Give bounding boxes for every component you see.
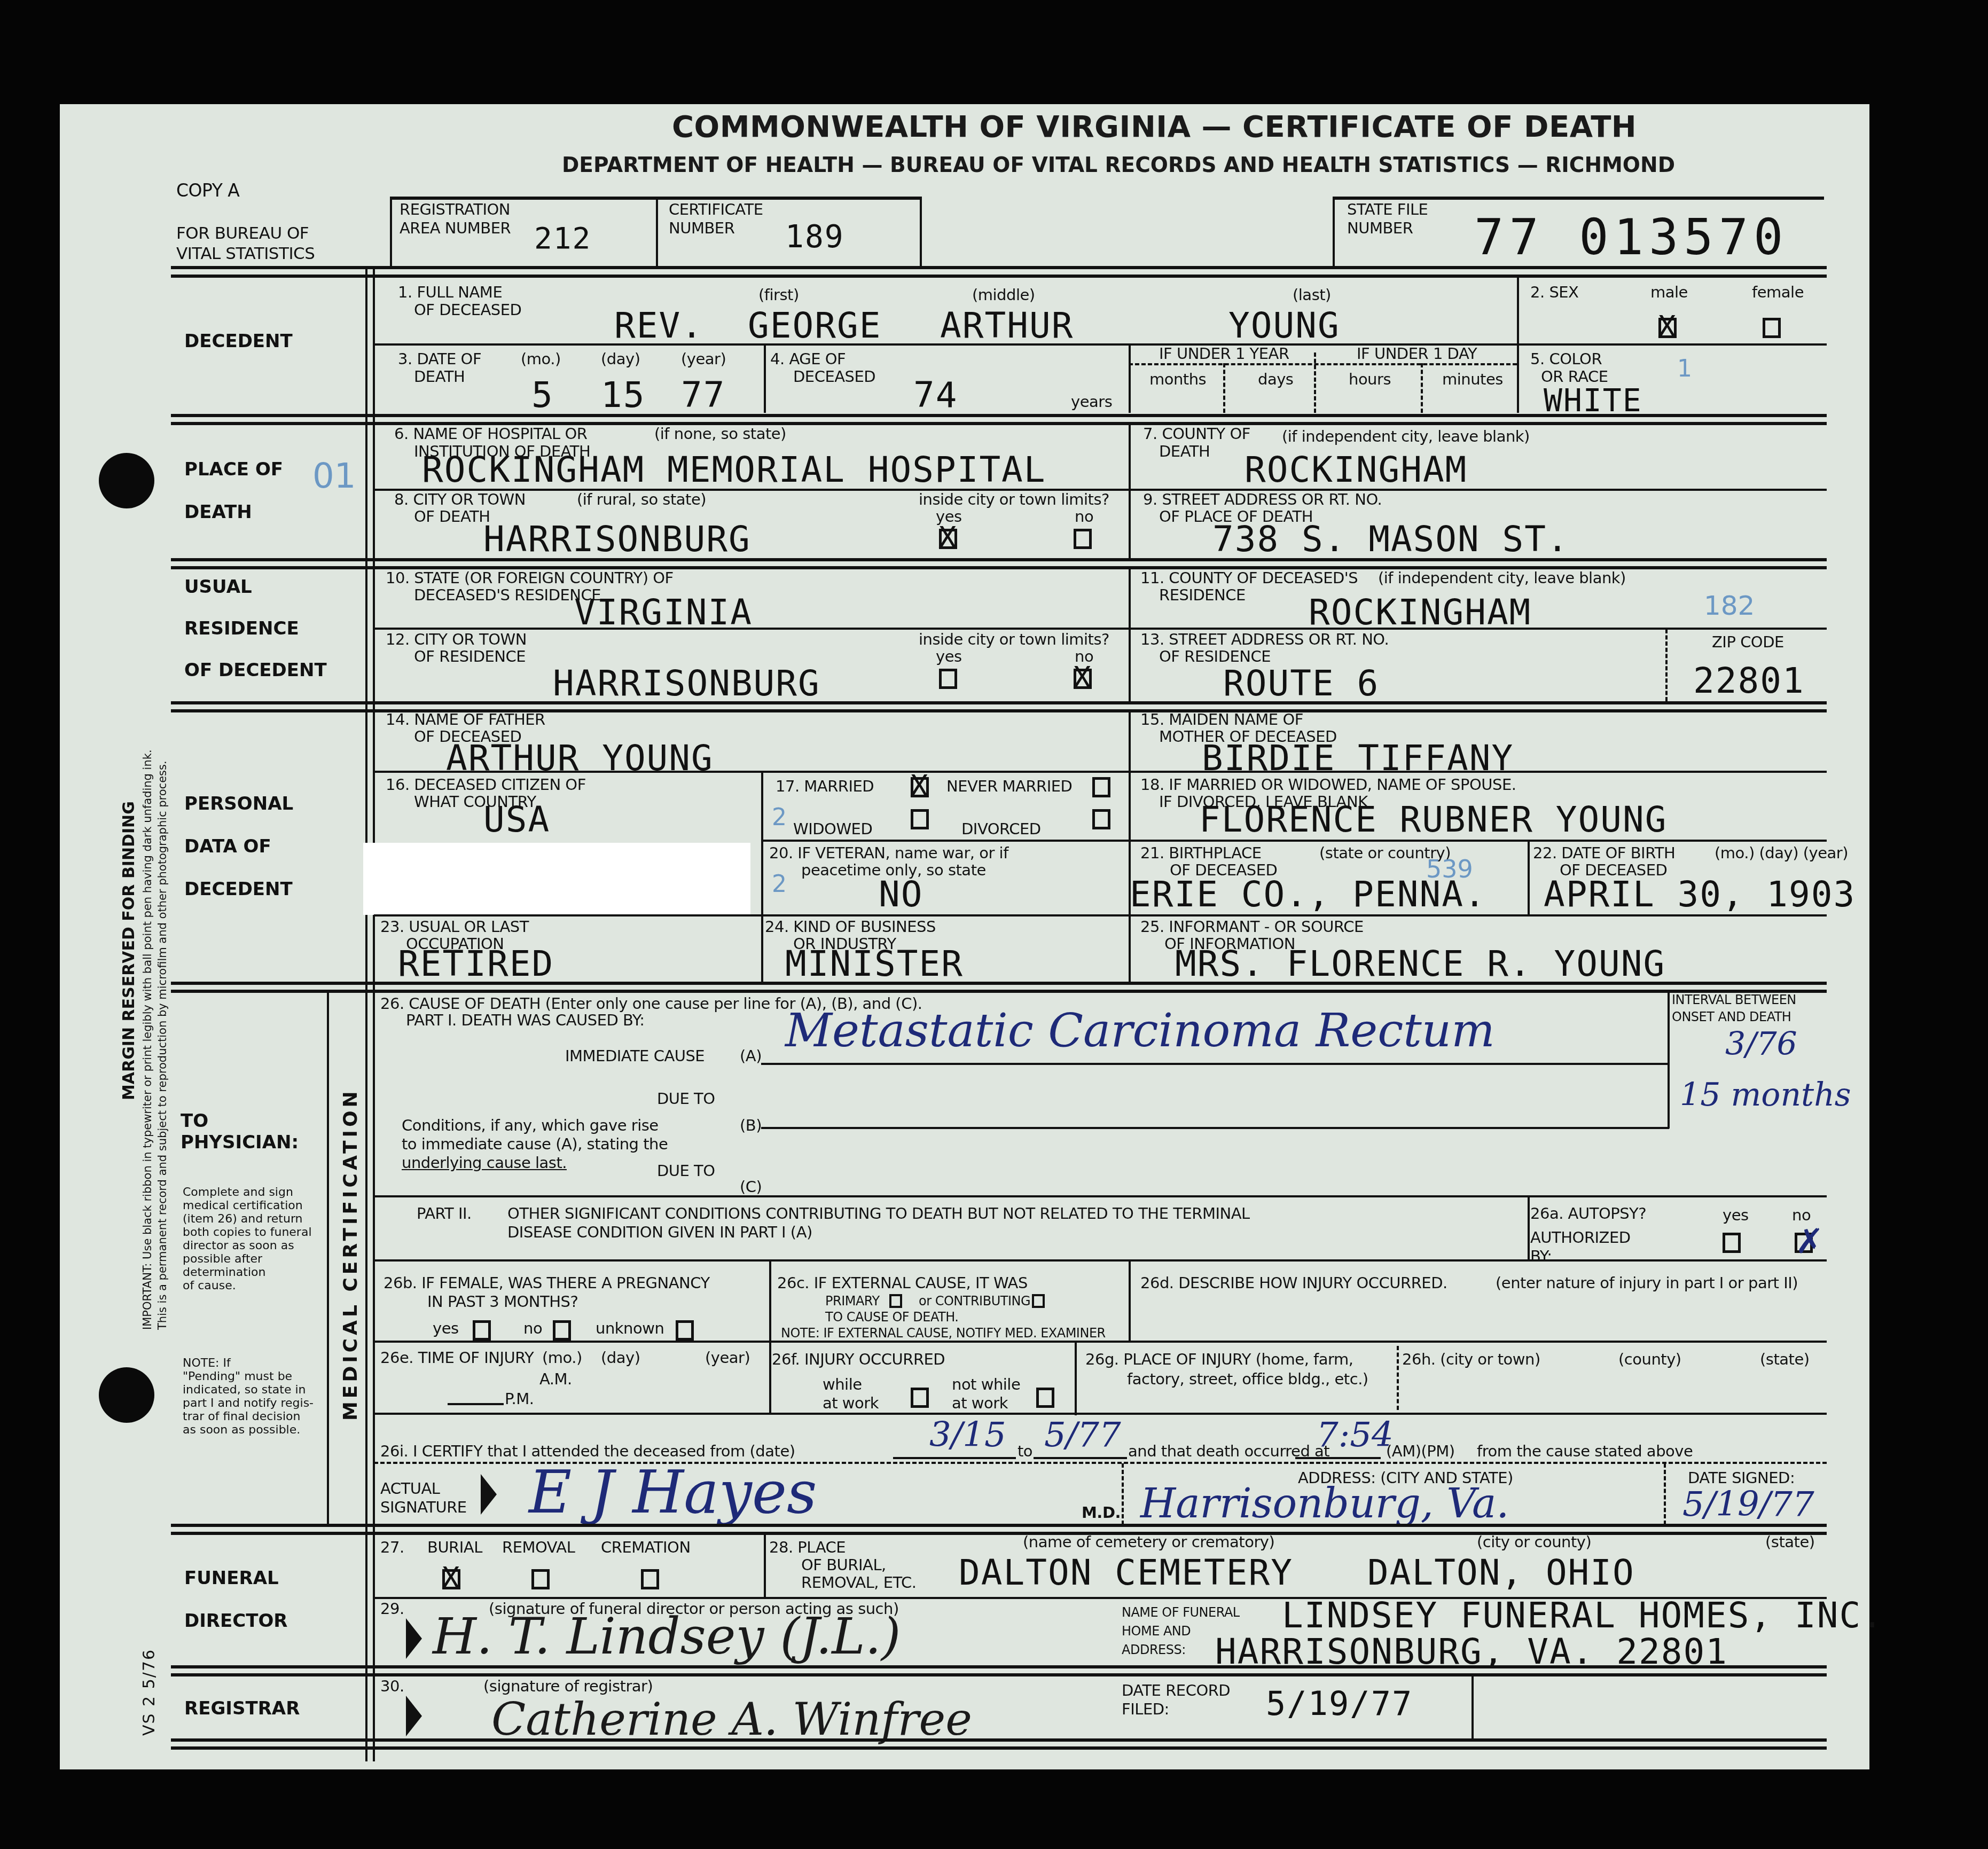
registration-area-number: 212 bbox=[534, 220, 591, 257]
cause-b-marker: (B) bbox=[740, 1116, 762, 1134]
married-label: 17. MARRIED bbox=[776, 777, 874, 795]
under-year-label: IF UNDER 1 YEAR bbox=[1159, 344, 1289, 363]
rule bbox=[448, 1403, 504, 1405]
rule bbox=[1397, 1346, 1399, 1410]
cause-a-value: Metastatic Carcinoma Rectum bbox=[785, 1004, 1495, 1057]
autopsy-yes-label: yes bbox=[1723, 1206, 1749, 1224]
rule bbox=[171, 990, 1827, 993]
rule bbox=[761, 1127, 1669, 1129]
primary-checkbox[interactable] bbox=[889, 1294, 902, 1308]
medical-certification-label: MEDICAL CERTIFICATION bbox=[340, 1088, 362, 1421]
rule bbox=[374, 914, 1827, 916]
copy-for-label: VITAL STATISTICS bbox=[176, 245, 315, 263]
field-25-label: 25. INFORMANT - OR SOURCE bbox=[1140, 918, 1364, 936]
part-2-text: OTHER SIGNIFICANT CONDITIONS CONTRIBUTIN… bbox=[507, 1204, 1250, 1223]
occupation: RETIRED bbox=[398, 945, 554, 983]
funeral-home-label: ADDRESS: bbox=[1122, 1642, 1186, 1657]
rule bbox=[374, 1413, 1827, 1415]
residence-inside-limits-no-checkbox[interactable]: X bbox=[1074, 669, 1092, 689]
section-usual-residence: RESIDENCE bbox=[184, 608, 299, 649]
rule bbox=[1472, 1673, 1474, 1740]
autopsy-label: 26a. AUTOPSY? bbox=[1530, 1204, 1646, 1223]
date-signed: 5/19/77 bbox=[1682, 1485, 1814, 1524]
field-3-label: 3. DATE OF bbox=[398, 350, 481, 368]
rule bbox=[1075, 1341, 1077, 1415]
cemetery-hint: (name of cemetery or crematory) bbox=[1023, 1533, 1274, 1551]
residence-inside-limits-yes-checkbox[interactable] bbox=[939, 669, 957, 689]
divorced-label: DIVORCED bbox=[961, 820, 1041, 838]
field-9-label: 9. STREET ADDRESS OR RT. NO. bbox=[1143, 490, 1382, 508]
field-22-hint: (mo.) (day) (year) bbox=[1715, 844, 1848, 862]
rule bbox=[1129, 422, 1131, 561]
field-26b-label: IN PAST 3 MONTHS? bbox=[427, 1292, 578, 1311]
contributing-checkbox[interactable] bbox=[1032, 1294, 1045, 1308]
certificate-number-label: CERTIFICATE bbox=[669, 200, 763, 218]
field-26e-label: 26e. TIME OF INJURY bbox=[380, 1349, 534, 1367]
section-personal: DECEDENT bbox=[184, 868, 293, 910]
important-note: IMPORTANT: Use black ribbon in typewrite… bbox=[141, 749, 154, 1330]
rule bbox=[374, 1259, 1827, 1262]
state-file-label: STATE FILE bbox=[1347, 200, 1428, 218]
part-2-label: PART II. bbox=[417, 1204, 472, 1223]
field-4-label: DECEASED bbox=[793, 367, 875, 386]
death-inside-limits-no-checkbox[interactable] bbox=[1074, 529, 1092, 549]
field-26c-label: 26c. IF EXTERNAL CAUSE, IT WAS bbox=[777, 1274, 1028, 1292]
sex-female-label: female bbox=[1752, 283, 1804, 301]
physician-signature: E J Hayes bbox=[529, 1458, 817, 1526]
primary-label: PRIMARY bbox=[825, 1294, 880, 1309]
sex-male-checkbox[interactable]: X bbox=[1658, 318, 1677, 338]
zip-code-label: ZIP CODE bbox=[1712, 633, 1784, 651]
injury-month-label: (mo.) bbox=[542, 1349, 582, 1367]
autopsy-no-checkbox[interactable]: ✗ bbox=[1795, 1233, 1813, 1253]
state-file-number: 77 013570 bbox=[1474, 211, 1789, 264]
rule bbox=[761, 1063, 1669, 1065]
pregnancy-no-checkbox[interactable] bbox=[553, 1320, 571, 1341]
punch-hole bbox=[99, 1367, 154, 1423]
rule bbox=[1333, 197, 1824, 200]
field-26h-label: 26h. (city or town) bbox=[1402, 1350, 1540, 1368]
field-27-label: 27. bbox=[380, 1538, 404, 1556]
physician-address: Harrisonburg, Va. bbox=[1140, 1479, 1509, 1527]
rule bbox=[171, 701, 1827, 704]
field-11-label: RESIDENCE bbox=[1159, 586, 1246, 604]
to-label: to bbox=[1018, 1442, 1032, 1460]
never-married-label: NEVER MARRIED bbox=[946, 777, 1072, 795]
never-married-checkbox[interactable] bbox=[1092, 777, 1110, 797]
county-of-death: ROCKINGHAM bbox=[1245, 451, 1467, 489]
due-to-label: DUE TO bbox=[657, 1162, 715, 1180]
rule bbox=[1129, 566, 1131, 702]
hours-label: hours bbox=[1349, 370, 1391, 388]
field-20-label: 20. IF VETERAN, name war, or if bbox=[769, 844, 1008, 862]
due-to-label: DUE TO bbox=[657, 1090, 715, 1108]
field-7-label: DEATH bbox=[1159, 442, 1210, 460]
field-7-label: 7. COUNTY OF bbox=[1143, 425, 1250, 443]
rule bbox=[171, 1673, 1827, 1676]
section-funeral-director: DIRECTOR bbox=[184, 1600, 288, 1642]
place-of-death-address: 738 S. MASON ST. bbox=[1212, 521, 1569, 558]
veteran-status: NO bbox=[879, 876, 923, 913]
citizenship-country: USA bbox=[483, 801, 550, 839]
rule bbox=[1129, 363, 1517, 365]
burial-city-state: DALTON, OHIO bbox=[1367, 1554, 1635, 1592]
removal-label: REMOVAL bbox=[502, 1538, 575, 1556]
rule bbox=[171, 414, 1827, 417]
rule bbox=[1223, 363, 1225, 413]
rule bbox=[171, 266, 1827, 269]
rule bbox=[171, 1524, 1827, 1527]
section-personal: PERSONAL bbox=[184, 783, 293, 825]
field-26-label: PART I. DEATH WAS CAUSED BY: bbox=[406, 1011, 645, 1029]
signature-label: ACTUAL bbox=[380, 1479, 440, 1498]
minutes-label: minutes bbox=[1442, 370, 1503, 388]
field-23-label: 23. USUAL OR LAST bbox=[380, 918, 529, 936]
registration-label: REGISTRATION bbox=[400, 200, 510, 218]
rule bbox=[390, 197, 392, 267]
immediate-cause-label: IMMEDIATE CAUSE bbox=[565, 1047, 705, 1065]
rule bbox=[764, 1532, 766, 1599]
rule bbox=[171, 1746, 1827, 1750]
under-day-label: IF UNDER 1 DAY bbox=[1357, 344, 1477, 363]
field-8-no-label: no bbox=[1075, 507, 1093, 526]
rule bbox=[1129, 914, 1131, 984]
time-of-death: 7:54 bbox=[1317, 1415, 1394, 1455]
removal-checkbox[interactable] bbox=[531, 1569, 550, 1589]
first-name-label: (first) bbox=[758, 286, 799, 304]
rule bbox=[365, 266, 367, 1761]
death-day-label: (day) bbox=[601, 350, 640, 368]
first-name: GEORGE bbox=[748, 307, 881, 344]
md-label: M.D. bbox=[1082, 1503, 1121, 1522]
attended-to-date: 5/77 bbox=[1044, 1415, 1121, 1455]
rule bbox=[1129, 1259, 1131, 1342]
rule bbox=[761, 840, 1827, 842]
deceased-full-name: REV. GEORGE ARTHUR YOUNG bbox=[614, 307, 1533, 344]
field-8-hint: (if rural, so state) bbox=[577, 490, 706, 508]
not-while-at-work-checkbox[interactable] bbox=[1036, 1388, 1054, 1408]
rule bbox=[1295, 1457, 1381, 1459]
certificate-number: 189 bbox=[785, 218, 844, 255]
permanent-record-note: This is a permanent record and subject t… bbox=[156, 761, 169, 1330]
divorced-checkbox[interactable] bbox=[1092, 809, 1110, 829]
industry: MINISTER bbox=[785, 945, 964, 983]
sex-label: 2. SEX bbox=[1530, 283, 1579, 301]
section-usual-residence: OF DECEDENT bbox=[184, 649, 327, 691]
date-filed-label: FILED: bbox=[1122, 1700, 1169, 1718]
section-place-of-death: PLACE OF bbox=[184, 449, 283, 490]
field-26g-label: factory, street, office bldg., etc.) bbox=[1127, 1370, 1368, 1388]
rule bbox=[1528, 1195, 1530, 1260]
conditions-note: Conditions, if any, which gave rise bbox=[402, 1116, 659, 1134]
pregnancy-unknown-checkbox[interactable] bbox=[676, 1320, 694, 1341]
rule bbox=[761, 771, 763, 984]
pregnancy-unknown-label: unknown bbox=[596, 1319, 664, 1337]
field-24-label: 24. KIND OF BUSINESS bbox=[765, 918, 936, 936]
sex-female-checkbox[interactable] bbox=[1763, 318, 1781, 338]
date-filed: 5/19/77 bbox=[1266, 1685, 1413, 1722]
death-inside-limits-yes-checkbox[interactable]: X bbox=[939, 529, 957, 549]
months-label: months bbox=[1149, 370, 1206, 388]
race-code: 1 bbox=[1677, 355, 1692, 382]
pending-note: NOTE: If"Pending" must beindicated, so s… bbox=[183, 1357, 314, 1437]
rule bbox=[374, 628, 1827, 630]
rule bbox=[893, 1457, 1016, 1459]
rule bbox=[1034, 1457, 1127, 1459]
interval-a-value: 3/76 bbox=[1725, 1025, 1797, 1063]
funeral-home-label: NAME OF FUNERAL bbox=[1122, 1605, 1240, 1620]
interval-label: INTERVAL BETWEEN bbox=[1672, 992, 1796, 1007]
residence-county-code: 182 bbox=[1704, 590, 1755, 621]
death-day: 15 bbox=[601, 377, 645, 414]
field-1-label: OF DECEASED bbox=[414, 301, 521, 319]
middle-name: ARTHUR bbox=[940, 307, 1074, 344]
veteran-code: 2 bbox=[772, 871, 787, 898]
date-filed-label: DATE RECORD bbox=[1122, 1681, 1230, 1699]
state-file-label: NUMBER bbox=[1347, 219, 1413, 237]
section-personal: DATA OF bbox=[184, 826, 271, 867]
widowed-checkbox[interactable] bbox=[911, 809, 929, 829]
am-pm-label: (AM)(PM) bbox=[1386, 1442, 1455, 1460]
rule bbox=[374, 1195, 1827, 1197]
certificate-number-label: NUMBER bbox=[669, 219, 734, 237]
death-month-label: (mo.) bbox=[521, 350, 561, 368]
redacted-field bbox=[363, 843, 750, 915]
registration-label: AREA NUMBER bbox=[400, 219, 511, 237]
rule bbox=[920, 197, 922, 267]
section-funeral-director: FUNERAL bbox=[184, 1557, 279, 1599]
field-10-label: DECEASED'S RESIDENCE bbox=[414, 586, 601, 604]
place-code: 01 bbox=[312, 457, 356, 496]
residence-zip: 22801 bbox=[1693, 662, 1805, 700]
rule bbox=[171, 1665, 1827, 1668]
am-label: A.M. bbox=[539, 1370, 572, 1388]
physician-note: Complete and signmedical certification(i… bbox=[183, 1186, 312, 1292]
conditions-note: to immediate cause (A), stating the bbox=[402, 1135, 668, 1153]
conditions-note: underlying cause last. bbox=[402, 1154, 567, 1172]
field-6-label: 6. NAME OF HOSPITAL OR bbox=[394, 425, 587, 443]
last-name-label: (last) bbox=[1293, 286, 1331, 304]
field-14-label: 14. NAME OF FATHER bbox=[386, 710, 545, 728]
city-of-death: HARRISONBURG bbox=[483, 521, 751, 558]
sex-male-label: male bbox=[1650, 283, 1688, 301]
burial-checkbox[interactable]: X bbox=[442, 1569, 460, 1589]
contributing-label: or CONTRIBUTING bbox=[919, 1294, 1030, 1309]
interval-b-value: 15 months bbox=[1680, 1076, 1851, 1114]
state-hint: (state) bbox=[1765, 1533, 1815, 1551]
field-5-label: 5. COLOR bbox=[1530, 350, 1602, 368]
punch-hole bbox=[99, 453, 154, 508]
autopsy-label: AUTHORIZED bbox=[1530, 1228, 1631, 1247]
injury-state-label: (state) bbox=[1760, 1350, 1810, 1368]
residence-state: VIRGINIA bbox=[574, 594, 753, 631]
married-checkbox[interactable]: X bbox=[911, 777, 929, 797]
while-at-work-label: while bbox=[823, 1375, 862, 1393]
field-12-limits-label: inside city or town limits? bbox=[919, 630, 1109, 648]
last-name: YOUNG bbox=[1228, 307, 1340, 344]
sign-here-arrow-icon bbox=[406, 1618, 422, 1659]
field-16-label: 16. DECEASED CITIZEN OF bbox=[386, 775, 586, 794]
field-4-label: 4. AGE OF bbox=[770, 350, 846, 368]
hospital-name: ROCKINGHAM MEMORIAL HOSPITAL bbox=[422, 451, 1046, 489]
field-28-label: 28. PLACE bbox=[769, 1538, 846, 1556]
rule bbox=[171, 275, 1827, 278]
city-hint: (city or county) bbox=[1477, 1533, 1591, 1551]
autopsy-label: BY: bbox=[1530, 1247, 1552, 1265]
death-month: 5 bbox=[531, 377, 554, 414]
middle-name-label: (middle) bbox=[972, 286, 1035, 304]
field-8-label: OF DEATH bbox=[414, 507, 490, 526]
rule bbox=[1665, 629, 1668, 701]
rule bbox=[656, 197, 658, 267]
marital-code: 2 bbox=[772, 804, 787, 831]
date-signed-label: DATE SIGNED: bbox=[1688, 1469, 1795, 1487]
funeral-home-name: LINDSEY FUNERAL HOMES, INC. bbox=[1282, 1597, 1884, 1634]
while-at-work-checkbox[interactable] bbox=[911, 1388, 929, 1408]
injury-year-label: (year) bbox=[705, 1349, 750, 1367]
cremation-label: CREMATION bbox=[601, 1538, 691, 1556]
while-at-work-label: at work bbox=[823, 1394, 879, 1412]
birthplace: ERIE CO., PENNA. bbox=[1130, 876, 1486, 913]
copy-label: COPY A bbox=[176, 182, 239, 200]
residence-county: ROCKINGHAM bbox=[1309, 594, 1531, 631]
field-12-yes-label: yes bbox=[936, 647, 962, 665]
interval-label: ONSET AND DEATH bbox=[1672, 1009, 1791, 1024]
external-cause-note: NOTE: IF EXTERNAL CAUSE, NOTIFY MED. EXA… bbox=[781, 1326, 1106, 1341]
field-26g-label: 26g. PLACE OF INJURY (home, farm, bbox=[1085, 1350, 1353, 1368]
field-3-label: DEATH bbox=[414, 367, 465, 386]
rule bbox=[1129, 343, 1131, 413]
rule bbox=[769, 1259, 771, 1414]
injury-day-label: (day) bbox=[601, 1349, 640, 1367]
field-12-label: OF RESIDENCE bbox=[414, 647, 526, 665]
section-decedent: DECEDENT bbox=[184, 320, 293, 362]
field-30-label: 30. bbox=[380, 1677, 404, 1695]
funeral-director-signature: H. T. Lindsey (J.L.) bbox=[433, 1608, 901, 1666]
funeral-home-label: HOME AND bbox=[1122, 1624, 1191, 1639]
field-7-hint: (if independent city, leave blank) bbox=[1282, 427, 1530, 445]
copy-for-label: FOR BUREAU OF bbox=[176, 224, 309, 242]
rule bbox=[1528, 840, 1530, 914]
death-year: 77 bbox=[681, 377, 725, 414]
from-cause-label: from the cause stated above bbox=[1477, 1442, 1693, 1460]
rule bbox=[171, 558, 1827, 561]
field-15-label: 15. MAIDEN NAME OF bbox=[1140, 710, 1303, 728]
cemetery-name: DALTON CEMETERY bbox=[959, 1554, 1293, 1592]
rule bbox=[374, 343, 1827, 346]
rule bbox=[327, 991, 329, 1526]
sign-here-arrow-icon bbox=[481, 1474, 497, 1515]
death-year-label: (year) bbox=[681, 350, 726, 368]
rule bbox=[1517, 343, 1519, 413]
field-21-label: 21. BIRTHPLACE bbox=[1140, 844, 1262, 862]
field-11-hint: (if independent city, leave blank) bbox=[1378, 569, 1626, 587]
section-place-of-death: DEATH bbox=[184, 491, 252, 533]
certificate-title: COMMONWEALTH OF VIRGINIA — CERTIFICATE O… bbox=[672, 109, 1637, 144]
rule bbox=[1664, 1463, 1666, 1525]
section-to-physician: PHYSICIAN: bbox=[181, 1122, 299, 1163]
rule bbox=[1421, 363, 1423, 413]
rule bbox=[764, 343, 766, 413]
field-8-label: 8. CITY OR TOWN bbox=[394, 490, 526, 508]
rule bbox=[374, 771, 1827, 773]
rule bbox=[171, 982, 1827, 985]
field-6-hint: (if none, so state) bbox=[654, 425, 786, 443]
autopsy-yes-checkbox[interactable] bbox=[1723, 1233, 1741, 1253]
to-cause-label: TO CAUSE OF DEATH. bbox=[825, 1310, 958, 1325]
sign-here-arrow-icon bbox=[406, 1696, 422, 1736]
field-26b-label: 26b. IF FEMALE, WAS THERE A PREGNANCY bbox=[383, 1274, 710, 1292]
rule bbox=[1314, 352, 1316, 413]
cause-a-marker: (A) bbox=[740, 1047, 762, 1065]
not-while-at-work-label: at work bbox=[952, 1394, 1008, 1412]
name-prefix: REV. bbox=[614, 307, 703, 344]
date-of-birth: APRIL 30, 1903 bbox=[1544, 876, 1856, 913]
field-1-label: 1. FULL NAME bbox=[398, 283, 502, 301]
rule bbox=[1333, 197, 1335, 267]
pm-label: P.M. bbox=[505, 1390, 534, 1408]
form-code: VS 2 5/76 bbox=[140, 1649, 159, 1736]
binding-margin-label: MARGIN RESERVED FOR BINDING bbox=[120, 801, 138, 1100]
attended-from-date: 3/15 bbox=[929, 1415, 1006, 1455]
signature-label: SIGNATURE bbox=[380, 1498, 467, 1516]
pregnancy-yes-label: yes bbox=[433, 1319, 459, 1337]
field-29-label: 29. bbox=[380, 1600, 404, 1618]
pregnancy-yes-checkbox[interactable] bbox=[473, 1320, 491, 1341]
pregnancy-no-label: no bbox=[523, 1319, 542, 1337]
injury-county-label: (county) bbox=[1618, 1350, 1681, 1368]
burial-label: BURIAL bbox=[427, 1538, 482, 1556]
field-12-label: 12. CITY OR TOWN bbox=[386, 630, 527, 648]
informant: MRS. FLORENCE R. YOUNG bbox=[1175, 945, 1665, 983]
years-label: years bbox=[1071, 393, 1112, 411]
rule bbox=[1517, 275, 1519, 344]
field-26f-label: 26f. INJURY OCCURRED bbox=[772, 1350, 945, 1368]
field-26d-label: 26d. DESCRIBE HOW INJURY OCCURRED. bbox=[1140, 1274, 1447, 1292]
rule bbox=[171, 1738, 1827, 1742]
part-2-text: DISEASE CONDITION GIVEN IN PART I (A) bbox=[507, 1223, 812, 1241]
registrar-signature-hint: (signature of registrar) bbox=[483, 1677, 653, 1695]
section-registrar: REGISTRAR bbox=[184, 1688, 300, 1729]
field-13-label: 13. STREET ADDRESS OR RT. NO. bbox=[1140, 630, 1389, 648]
rule bbox=[1122, 1463, 1124, 1525]
field-18-label: 18. IF MARRIED OR WIDOWED, NAME OF SPOUS… bbox=[1140, 775, 1516, 794]
field-28-label: REMOVAL, ETC. bbox=[801, 1573, 917, 1592]
field-11-label: 11. COUNTY OF DECEASED'S bbox=[1140, 569, 1358, 587]
autopsy-no-label: no bbox=[1792, 1206, 1811, 1224]
field-22-label: 22. DATE OF BIRTH bbox=[1533, 844, 1675, 862]
registrar-signature: Catherine A. Winfree bbox=[491, 1693, 972, 1745]
age-years: 74 bbox=[913, 377, 958, 414]
certificate-subtitle: DEPARTMENT OF HEALTH — BUREAU OF VITAL R… bbox=[562, 153, 1675, 177]
field-26d-hint: (enter nature of injury in part I or par… bbox=[1496, 1274, 1798, 1292]
field-10-label: 10. STATE (OR FOREIGN COUNTRY) OF bbox=[386, 569, 674, 587]
spouse-name: FLORENCE RUBNER YOUNG bbox=[1199, 801, 1667, 839]
field-8-limits-label: inside city or town limits? bbox=[919, 490, 1109, 508]
widowed-label: WIDOWED bbox=[793, 820, 872, 838]
certify-statement: 26i. I CERTIFY that I attended the decea… bbox=[380, 1442, 795, 1460]
field-28-label: OF BURIAL, bbox=[801, 1556, 886, 1574]
not-while-at-work-label: not while bbox=[952, 1375, 1020, 1393]
cause-c-marker: (C) bbox=[740, 1178, 762, 1196]
rule bbox=[1668, 990, 1670, 1129]
section-usual-residence: USUAL bbox=[184, 566, 252, 608]
rule bbox=[374, 1341, 1827, 1343]
residence-street: ROUTE 6 bbox=[1223, 665, 1379, 702]
residence-city: HARRISONBURG bbox=[553, 665, 820, 702]
cremation-checkbox[interactable] bbox=[641, 1569, 659, 1589]
days-label: days bbox=[1258, 370, 1293, 388]
